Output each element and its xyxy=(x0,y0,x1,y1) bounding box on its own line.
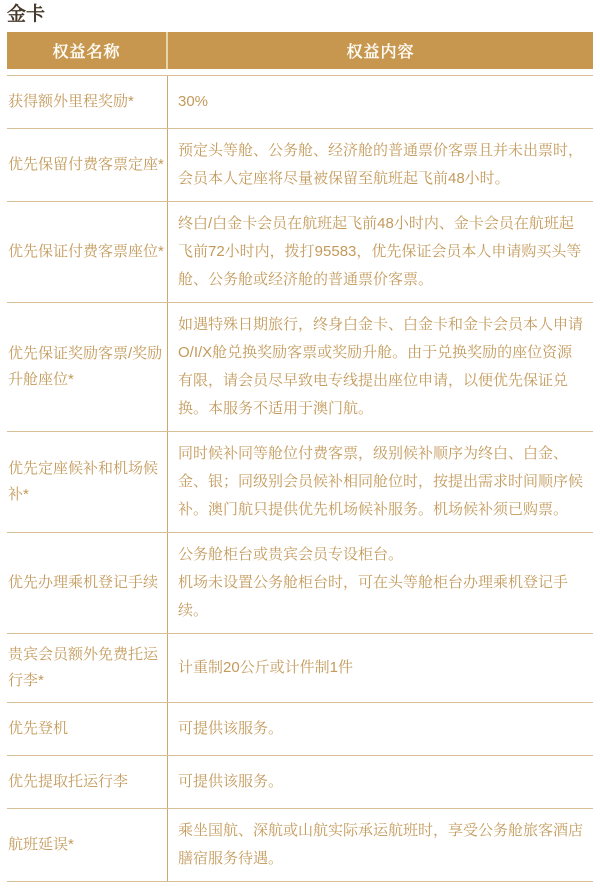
benefit-content-cell: 同时候补同等舱位付费客票，级别候补顺序为终白、白金、金、银；同级别会员候补相同舱… xyxy=(168,432,593,532)
table-row: 航班延误* 乘坐国航、深航或山航实际承运航班时，享受公务舱旅客酒店膳宿服务待遇。 xyxy=(7,809,593,882)
page-title: 金卡 xyxy=(7,3,593,27)
header-benefit-content: 权益内容 xyxy=(168,32,593,69)
benefit-name-cell: 优先保证奖励客票/奖励升舱座位* xyxy=(7,303,168,431)
table-body: 获得额外里程奖励* 30% 优先保留付费客票定座* 预定头等舱、公务舱、经济舱的… xyxy=(7,75,593,882)
benefit-name-cell: 优先保证付费客票座位* xyxy=(7,202,168,302)
table-row: 贵宾会员额外免费托运行李* 计重制20公斤或计件制1件 xyxy=(7,634,593,703)
table-header-row: 权益名称 权益内容 xyxy=(7,32,593,69)
benefit-name-cell: 贵宾会员额外免费托运行李* xyxy=(7,634,168,702)
benefit-content-cell: 可提供该服务。 xyxy=(168,703,593,755)
table-row: 优先保留付费客票定座* 预定头等舱、公务舱、经济舱的普通票价客票且并未出票时，会… xyxy=(7,129,593,202)
benefit-content-cell: 公务舱柜台或贵宾会员专设柜台。 机场未设置公务舱柜台时，可在头等舱柜台办理乘机登… xyxy=(168,533,593,633)
table-row: 获得额外里程奖励* 30% xyxy=(7,76,593,129)
benefit-content-cell: 计重制20公斤或计件制1件 xyxy=(168,634,593,702)
benefit-content-cell: 可提供该服务。 xyxy=(168,756,593,808)
table-row: 优先提取托运行李 可提供该服务。 xyxy=(7,756,593,809)
benefit-content-cell: 预定头等舱、公务舱、经济舱的普通票价客票且并未出票时，会员本人定座将尽量被保留至… xyxy=(168,129,593,201)
table-row: 优先定座候补和机场候补* 同时候补同等舱位付费客票，级别候补顺序为终白、白金、金… xyxy=(7,432,593,533)
table-row: 优先保证奖励客票/奖励升舱座位* 如遇特殊日期旅行，终身白金卡、白金卡和金卡会员… xyxy=(7,303,593,432)
page: 金卡 权益名称 权益内容 获得额外里程奖励* 30% 优先保留付费客票定座* 预… xyxy=(0,0,600,895)
benefit-name-cell: 优先办理乘机登记手续 xyxy=(7,533,168,633)
benefit-name-cell: 优先提取托运行李 xyxy=(7,756,168,808)
benefit-name-cell: 获得额外里程奖励* xyxy=(7,76,168,128)
benefit-content-cell: 如遇特殊日期旅行，终身白金卡、白金卡和金卡会员本人申请O/I/X舱兑换奖励客票或… xyxy=(168,303,593,431)
table-row: 优先登机 可提供该服务。 xyxy=(7,703,593,756)
benefit-name-cell: 优先登机 xyxy=(7,703,168,755)
benefit-name-cell: 优先定座候补和机场候补* xyxy=(7,432,168,532)
benefit-name-cell: 优先保留付费客票定座* xyxy=(7,129,168,201)
benefit-content-cell: 30% xyxy=(168,76,593,128)
benefit-name-cell: 航班延误* xyxy=(7,809,168,881)
benefit-content-cell: 乘坐国航、深航或山航实际承运航班时，享受公务舱旅客酒店膳宿服务待遇。 xyxy=(168,809,593,881)
table-row: 优先办理乘机登记手续 公务舱柜台或贵宾会员专设柜台。 机场未设置公务舱柜台时，可… xyxy=(7,533,593,634)
header-benefit-name: 权益名称 xyxy=(7,32,168,69)
benefit-content-cell: 终白/白金卡会员在航班起飞前48小时内、金卡会员在航班起飞前72小时内，拨打95… xyxy=(168,202,593,302)
table-row: 优先保证付费客票座位* 终白/白金卡会员在航班起飞前48小时内、金卡会员在航班起… xyxy=(7,202,593,303)
benefit-table: 权益名称 权益内容 获得额外里程奖励* 30% 优先保留付费客票定座* 预定头等… xyxy=(7,32,593,882)
